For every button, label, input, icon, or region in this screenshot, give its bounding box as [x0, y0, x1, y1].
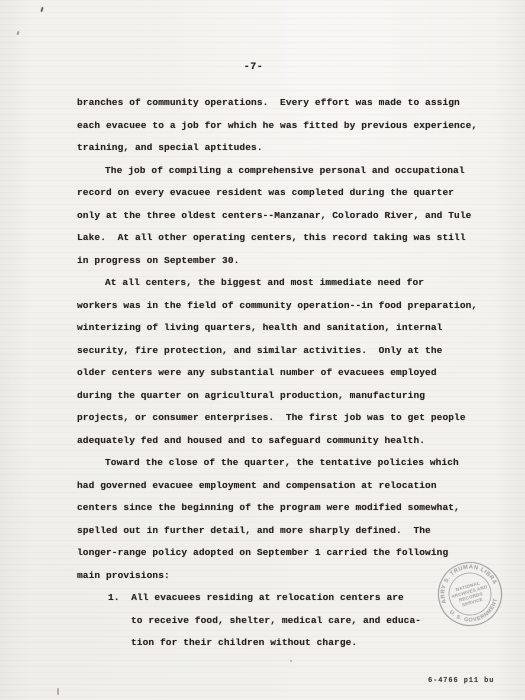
document-line: spelled out in further detail, and more … [77, 520, 497, 543]
document-line: only at the three oldest centers--Manzan… [77, 205, 497, 228]
document-line: projects, or consumer enterprises. The f… [77, 407, 497, 430]
document-line: during the quarter on agricultural produ… [77, 385, 497, 408]
document-line: At all centers, the biggest and most imm… [77, 272, 497, 295]
document-line: older centers were any substantial numbe… [77, 362, 497, 385]
document-line: had governed evacuee employment and comp… [77, 475, 497, 498]
document-line: security, fire protection, and similar a… [77, 340, 497, 363]
document-line: The job of compiling a comprehensive per… [77, 160, 497, 183]
document-line: record on every evacuee resident was com… [77, 182, 497, 205]
page-number: -7- [0, 62, 516, 73]
document-line: adequately fed and housed and to safegua… [77, 430, 497, 453]
document-line: winterizing of living quarters, health a… [77, 317, 497, 340]
document-reference-code: 6-4766 p11 bu [428, 677, 494, 685]
ink-speck [40, 7, 43, 12]
document-line: Lake. At all other operating centers, th… [77, 227, 497, 250]
document-line: each evacuee to a job for which he was f… [77, 115, 497, 138]
ink-speck [17, 31, 19, 35]
document-line: workers was in the field of community op… [77, 295, 497, 318]
ink-speck [290, 660, 292, 662]
document-line: Toward the close of the quarter, the ten… [77, 452, 497, 475]
document-line: training, and special aptitudes. [77, 137, 497, 160]
document-line: centers since the beginning of the progr… [77, 497, 497, 520]
document-line: in progress on September 30. [77, 250, 497, 273]
document-line: branches of community operations. Every … [77, 92, 497, 115]
ink-speck [57, 688, 59, 695]
